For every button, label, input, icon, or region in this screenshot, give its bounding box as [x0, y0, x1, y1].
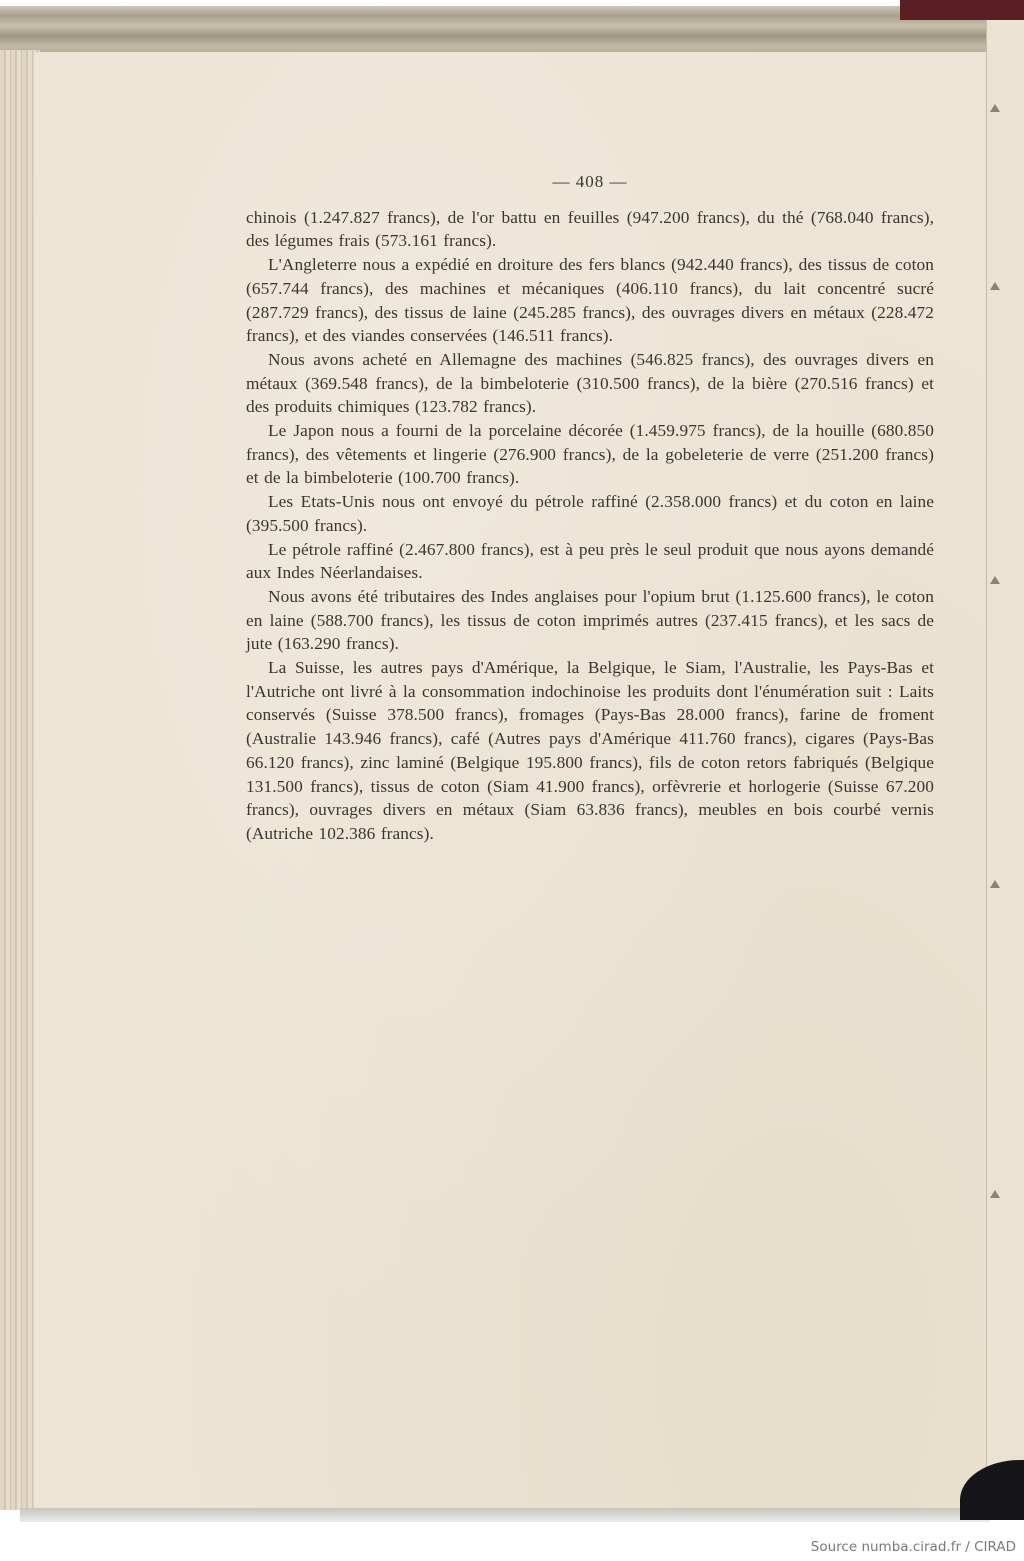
page-number: — 408 — [246, 170, 934, 194]
book-top-edge [0, 6, 1000, 56]
margin-mark-icon [990, 880, 1000, 888]
paragraph: Les Etats-Unis nous ont envoyé du pétrol… [246, 490, 934, 537]
paragraph: Nous avons acheté en Allemagne des machi… [246, 348, 934, 419]
page-text: — 408 — chinois (1.247.827 francs), de l… [246, 170, 934, 846]
paragraph: Le pétrole raffiné (2.467.800 francs), e… [246, 538, 934, 585]
margin-mark-icon [990, 1190, 1000, 1198]
paragraph: chinois (1.247.827 francs), de l'or batt… [246, 206, 934, 253]
margin-mark-icon [990, 576, 1000, 584]
source-caption: Source numba.cirad.fr / CIRAD [811, 1539, 1016, 1555]
margin-mark-icon [990, 282, 1000, 290]
paragraph: La Suisse, les autres pays d'Amérique, l… [246, 656, 934, 846]
scanned-book-page: — 408 — chinois (1.247.827 francs), de l… [0, 0, 1024, 1561]
margin-mark-icon [990, 104, 1000, 112]
facing-page-edge [986, 20, 1024, 1500]
paragraph: Le Japon nous a fourni de la porcelaine … [246, 419, 934, 490]
paragraph: Nous avons été tributaires des Indes ang… [246, 585, 934, 656]
page-shadow [20, 1508, 990, 1522]
paragraph: L'Angleterre nous a expédié en droiture … [246, 253, 934, 348]
book-binding [900, 0, 1024, 20]
